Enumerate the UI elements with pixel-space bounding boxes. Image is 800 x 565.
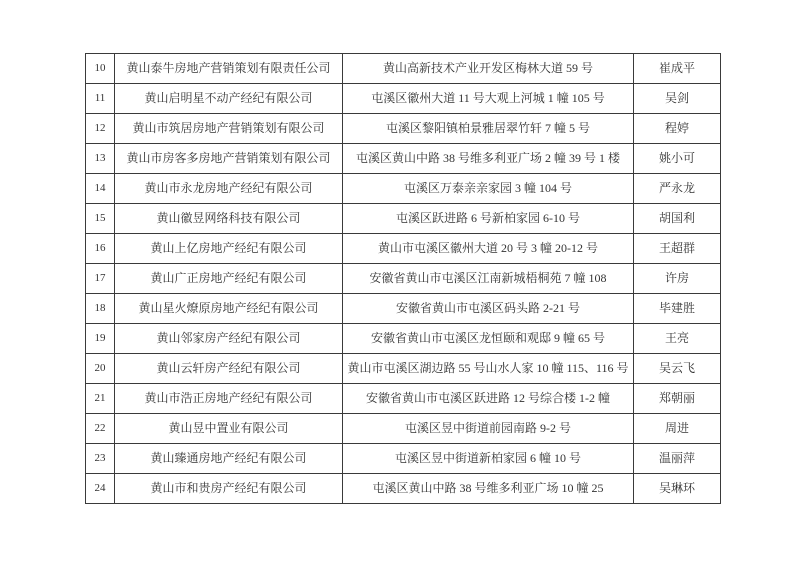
person-name-cell: 吴琳环 <box>634 474 721 504</box>
company-table: 10黄山泰牛房地产营销策划有限责任公司黄山高新技术产业开发区梅林大道 59 号崔… <box>85 53 721 504</box>
row-number-cell: 24 <box>86 474 115 504</box>
address-cell: 屯溪区跃进路 6 号新柏家园 6-10 号 <box>343 204 634 234</box>
person-name-cell: 程婷 <box>634 114 721 144</box>
company-name-cell: 黄山臻通房地产经纪有限公司 <box>115 444 343 474</box>
person-name-cell: 胡国利 <box>634 204 721 234</box>
address-cell: 屯溪区万泰亲亲家园 3 幢 104 号 <box>343 174 634 204</box>
address-cell: 屯溪区黎阳镇柏景雅居翠竹轩 7 幢 5 号 <box>343 114 634 144</box>
table-row: 16黄山上亿房地产经纪有限公司黄山市屯溪区徽州大道 20 号 3 幢 20-12… <box>86 234 721 264</box>
table-row: 18黄山星火燎原房地产经纪有限公司安徽省黄山市屯溪区码头路 2-21 号毕建胜 <box>86 294 721 324</box>
row-number-cell: 16 <box>86 234 115 264</box>
person-name-cell: 姚小可 <box>634 144 721 174</box>
address-cell: 黄山市屯溪区徽州大道 20 号 3 幢 20-12 号 <box>343 234 634 264</box>
row-number-cell: 21 <box>86 384 115 414</box>
row-number-cell: 18 <box>86 294 115 324</box>
person-name-cell: 毕建胜 <box>634 294 721 324</box>
table-row: 12黄山市筑居房地产营销策划有限公司屯溪区黎阳镇柏景雅居翠竹轩 7 幢 5 号程… <box>86 114 721 144</box>
address-cell: 安徽省黄山市屯溪区龙恒颐和观邸 9 幢 65 号 <box>343 324 634 354</box>
company-name-cell: 黄山徽昱网络科技有限公司 <box>115 204 343 234</box>
person-name-cell: 吴云飞 <box>634 354 721 384</box>
table-row: 23黄山臻通房地产经纪有限公司屯溪区昱中街道新柏家园 6 幢 10 号温丽萍 <box>86 444 721 474</box>
person-name-cell: 温丽萍 <box>634 444 721 474</box>
address-cell: 安徽省黄山市屯溪区码头路 2-21 号 <box>343 294 634 324</box>
row-number-cell: 20 <box>86 354 115 384</box>
company-name-cell: 黄山市浩正房地产经纪有限公司 <box>115 384 343 414</box>
person-name-cell: 吴剑 <box>634 84 721 114</box>
table-row: 22黄山昱中置业有限公司屯溪区昱中街道前园南路 9-2 号周进 <box>86 414 721 444</box>
table-row: 24黄山市和贵房产经纪有限公司屯溪区黄山中路 38 号维多利亚广场 10 幢 2… <box>86 474 721 504</box>
table-row: 11黄山启明星不动产经纪有限公司屯溪区徽州大道 11 号大观上河城 1 幢 10… <box>86 84 721 114</box>
company-name-cell: 黄山广正房地产经纪有限公司 <box>115 264 343 294</box>
address-cell: 屯溪区昱中街道新柏家园 6 幢 10 号 <box>343 444 634 474</box>
row-number-cell: 10 <box>86 54 115 84</box>
row-number-cell: 22 <box>86 414 115 444</box>
person-name-cell: 许房 <box>634 264 721 294</box>
table-row: 21黄山市浩正房地产经纪有限公司安徽省黄山市屯溪区跃进路 12 号综合楼 1-2… <box>86 384 721 414</box>
row-number-cell: 14 <box>86 174 115 204</box>
company-name-cell: 黄山市房客多房地产营销策划有限公司 <box>115 144 343 174</box>
person-name-cell: 严永龙 <box>634 174 721 204</box>
table-row: 14黄山市永龙房地产经纪有限公司屯溪区万泰亲亲家园 3 幢 104 号严永龙 <box>86 174 721 204</box>
person-name-cell: 郑朝丽 <box>634 384 721 414</box>
person-name-cell: 周进 <box>634 414 721 444</box>
row-number-cell: 19 <box>86 324 115 354</box>
row-number-cell: 15 <box>86 204 115 234</box>
company-name-cell: 黄山星火燎原房地产经纪有限公司 <box>115 294 343 324</box>
address-cell: 黄山高新技术产业开发区梅林大道 59 号 <box>343 54 634 84</box>
company-name-cell: 黄山昱中置业有限公司 <box>115 414 343 444</box>
table-row: 15黄山徽昱网络科技有限公司屯溪区跃进路 6 号新柏家园 6-10 号胡国利 <box>86 204 721 234</box>
row-number-cell: 11 <box>86 84 115 114</box>
company-name-cell: 黄山云轩房产经纪有限公司 <box>115 354 343 384</box>
row-number-cell: 12 <box>86 114 115 144</box>
company-table-body: 10黄山泰牛房地产营销策划有限责任公司黄山高新技术产业开发区梅林大道 59 号崔… <box>86 54 721 504</box>
address-cell: 屯溪区黄山中路 38 号维多利亚广场 10 幢 25 <box>343 474 634 504</box>
company-name-cell: 黄山市和贵房产经纪有限公司 <box>115 474 343 504</box>
row-number-cell: 13 <box>86 144 115 174</box>
company-name-cell: 黄山市永龙房地产经纪有限公司 <box>115 174 343 204</box>
address-cell: 屯溪区徽州大道 11 号大观上河城 1 幢 105 号 <box>343 84 634 114</box>
person-name-cell: 王亮 <box>634 324 721 354</box>
table-row: 10黄山泰牛房地产营销策划有限责任公司黄山高新技术产业开发区梅林大道 59 号崔… <box>86 54 721 84</box>
address-cell: 黄山市屯溪区湖边路 55 号山水人家 10 幢 115、116 号 <box>343 354 634 384</box>
company-name-cell: 黄山上亿房地产经纪有限公司 <box>115 234 343 264</box>
company-name-cell: 黄山邻家房产经纪有限公司 <box>115 324 343 354</box>
company-name-cell: 黄山泰牛房地产营销策划有限责任公司 <box>115 54 343 84</box>
address-cell: 安徽省黄山市屯溪区江南新城梧桐苑 7 幢 108 <box>343 264 634 294</box>
address-cell: 屯溪区黄山中路 38 号维多利亚广场 2 幢 39 号 1 楼 <box>343 144 634 174</box>
table-row: 17黄山广正房地产经纪有限公司安徽省黄山市屯溪区江南新城梧桐苑 7 幢 108许… <box>86 264 721 294</box>
person-name-cell: 崔成平 <box>634 54 721 84</box>
table-row: 19黄山邻家房产经纪有限公司安徽省黄山市屯溪区龙恒颐和观邸 9 幢 65 号王亮 <box>86 324 721 354</box>
table-row: 13黄山市房客多房地产营销策划有限公司屯溪区黄山中路 38 号维多利亚广场 2 … <box>86 144 721 174</box>
company-name-cell: 黄山启明星不动产经纪有限公司 <box>115 84 343 114</box>
row-number-cell: 23 <box>86 444 115 474</box>
address-cell: 屯溪区昱中街道前园南路 9-2 号 <box>343 414 634 444</box>
address-cell: 安徽省黄山市屯溪区跃进路 12 号综合楼 1-2 幢 <box>343 384 634 414</box>
company-name-cell: 黄山市筑居房地产营销策划有限公司 <box>115 114 343 144</box>
table-row: 20黄山云轩房产经纪有限公司黄山市屯溪区湖边路 55 号山水人家 10 幢 11… <box>86 354 721 384</box>
document-page: 10黄山泰牛房地产营销策划有限责任公司黄山高新技术产业开发区梅林大道 59 号崔… <box>0 0 800 565</box>
person-name-cell: 王超群 <box>634 234 721 264</box>
row-number-cell: 17 <box>86 264 115 294</box>
